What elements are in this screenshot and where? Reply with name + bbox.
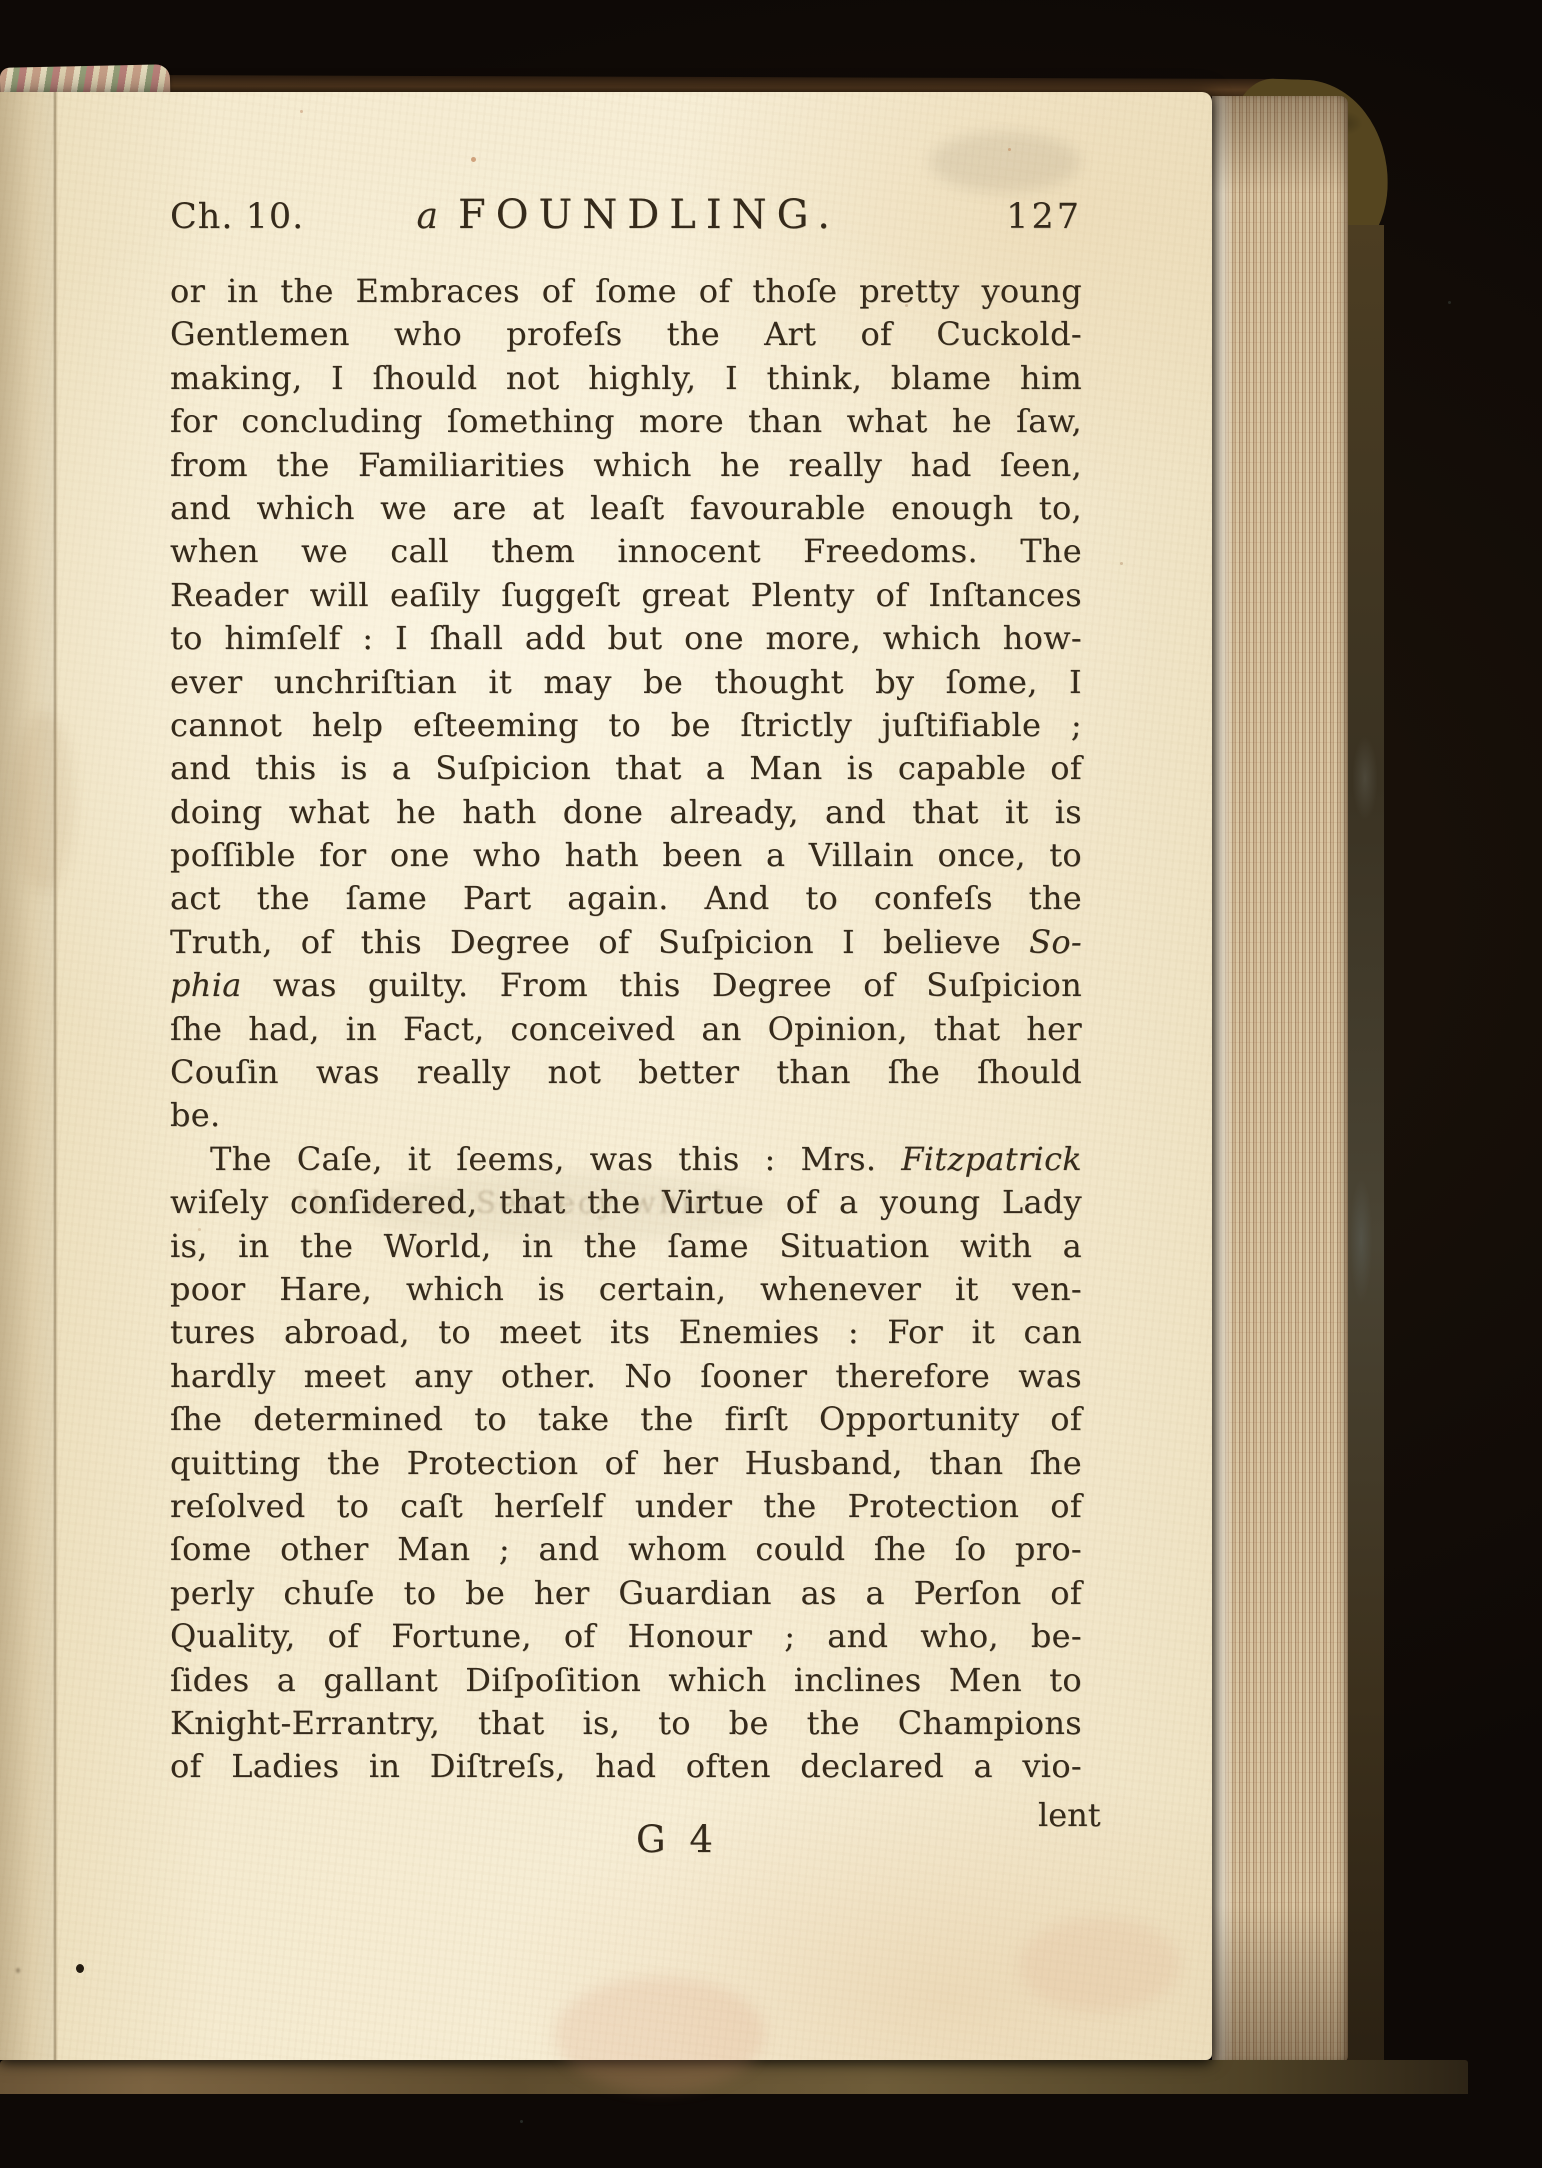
paper-stain <box>555 1977 765 2092</box>
text-segment: is, in the World, in the ſame Situation … <box>170 1227 1082 1265</box>
text-segment: and which we are at leaſt favourable eno… <box>170 489 1082 527</box>
text-line: ſhe determined to take the firſt Opportu… <box>170 1400 1082 1443</box>
text-segment: act the ſame Part again. And to confeſs … <box>170 879 1082 917</box>
text-line: ſome other Man ; and whom could ſhe ſo p… <box>170 1530 1082 1573</box>
running-title: a FOUNDLING. <box>417 192 840 238</box>
chapter-label: Ch. 10. <box>170 197 304 237</box>
text-line: tures abroad, to meet its Enemies : For … <box>170 1313 1082 1356</box>
text-line: poor Hare, which is certain, whenever it… <box>170 1270 1082 1313</box>
running-header: Ch. 10. a FOUNDLING. 127 <box>170 192 1082 246</box>
text-segment: be. <box>170 1096 221 1134</box>
text-segment: Couſin was really not better than ſhe ſh… <box>170 1053 1082 1091</box>
page-fore-edge-stack <box>1212 96 1348 2062</box>
text-segment: was guilty. From this Degree of Suſpicio… <box>242 966 1082 1004</box>
text-line: hardly meet any other. No ſooner therefo… <box>170 1357 1082 1400</box>
page-number: 127 <box>1006 197 1082 237</box>
ink-spot <box>76 1964 84 1973</box>
text-line: perly chuſe to be her Guardian as a Perſ… <box>170 1574 1082 1617</box>
catchword: lent <box>1038 1796 1101 1834</box>
text-line: for concluding ſomething more than what … <box>170 402 1082 445</box>
text-line: reſolved to caſt herſelf under the Prote… <box>170 1487 1082 1530</box>
text-line: is, in the World, in the ſame Situation … <box>170 1227 1082 1270</box>
text-segment: doing what he hath done already, and tha… <box>170 793 1082 831</box>
text-block: Ch. 10. a FOUNDLING. 127 or in the Embra… <box>170 192 1082 1791</box>
text-segment: or in the Embraces of ſome of thoſe pret… <box>170 272 1082 310</box>
paper-stain <box>1020 1917 1180 2012</box>
text-line: when we call them innocent Freedoms. The <box>170 532 1082 575</box>
text-segment: perly chuſe to be her Guardian as a Perſ… <box>170 1574 1082 1612</box>
book-page: the exact Secrecy which Ch. 10. a FOUNDL… <box>0 92 1212 2060</box>
text-line: ſides a gallant Diſpoſition which inclin… <box>170 1661 1082 1704</box>
italic-text-segment: Fitzpatrick <box>901 1140 1082 1178</box>
text-line: poſſible for one who hath been a Villain… <box>170 836 1082 879</box>
text-segment: Knight-Errantry, that is, to be the Cham… <box>170 1704 1082 1742</box>
text-segment: Quality, of Fortune, of Honour ; and who… <box>170 1617 1082 1655</box>
text-line: and which we are at leaſt favourable eno… <box>170 489 1082 532</box>
photo-background: the exact Secrecy which Ch. 10. a FOUNDL… <box>0 0 1542 2168</box>
text-segment: from the Familiarities which he really h… <box>170 446 1082 484</box>
text-line: from the Familiarities which he really h… <box>170 446 1082 489</box>
text-line: Truth, of this Degree of Suſpicion I bel… <box>170 923 1082 966</box>
text-line: Couſin was really not better than ſhe ſh… <box>170 1053 1082 1096</box>
text-segment: wiſely conſidered, that the Virtue of a … <box>170 1183 1082 1221</box>
text-segment: Gentlemen who profeſs the Art of Cuckold… <box>170 315 1082 353</box>
paper-stain <box>930 132 1080 192</box>
text-segment: for concluding ſomething more than what … <box>170 402 1082 440</box>
text-line: phia was guilty. From this Degree of Suſ… <box>170 966 1082 1009</box>
text-line: or in the Embraces of ſome of thoſe pret… <box>170 272 1082 315</box>
text-line: Quality, of Fortune, of Honour ; and who… <box>170 1617 1082 1660</box>
text-line: making, I ſhould not highly, I think, bl… <box>170 359 1082 402</box>
text-segment: of Ladies in Diſtreſs, had often declare… <box>170 1747 1082 1785</box>
text-segment: reſolved to caſt herſelf under the Prote… <box>170 1487 1082 1525</box>
running-title-main: FOUNDLING. <box>458 192 840 238</box>
text-segment: tures abroad, to meet its Enemies : For … <box>170 1313 1082 1351</box>
text-line: of Ladies in Diſtreſs, had often declare… <box>170 1747 1082 1790</box>
paper-specks <box>0 92 3 95</box>
text-line: wiſely conſidered, that the Virtue of a … <box>170 1183 1082 1226</box>
gutter-shadow <box>0 92 54 2060</box>
signature-mark: G 4 <box>636 1818 719 1861</box>
text-segment: quitting the Protection of her Husband, … <box>170 1444 1082 1482</box>
text-line: act the ſame Part again. And to confeſs … <box>170 879 1082 922</box>
text-line: ſhe had, in Fact, conceived an Opinion, … <box>170 1010 1082 1053</box>
text-segment: ſhe determined to take the firſt Opportu… <box>170 1400 1082 1438</box>
text-segment: Truth, of this Degree of Suſpicion I bel… <box>170 923 1029 961</box>
text-segment: ſhe had, in Fact, conceived an Opinion, … <box>170 1010 1082 1048</box>
paper-stain <box>14 712 74 892</box>
text-segment: and this is a Suſpicion that a Man is ca… <box>170 749 1082 787</box>
text-segment: poſſible for one who hath been a Villain… <box>170 836 1082 874</box>
text-segment: ſides a gallant Diſpoſition which inclin… <box>170 1661 1082 1699</box>
text-line: Reader will eaſily ſuggeſt great Plenty … <box>170 576 1082 619</box>
text-segment: ſome other Man ; and whom could ſhe ſo p… <box>170 1530 1082 1568</box>
text-line: doing what he hath done already, and tha… <box>170 793 1082 836</box>
text-segment: hardly meet any other. No ſooner therefo… <box>170 1357 1082 1395</box>
text-segment: poor Hare, which is certain, whenever it… <box>170 1270 1082 1308</box>
gutter-fold-line <box>53 92 58 2060</box>
text-line: to himſelf : I ſhall add but one more, w… <box>170 619 1082 662</box>
dust-specks <box>0 0 3 3</box>
book-cover-right-edge <box>1346 225 1384 2070</box>
text-line: quitting the Protection of her Husband, … <box>170 1444 1082 1487</box>
text-segment: when we call them innocent Freedoms. The <box>170 532 1082 570</box>
text-segment: The Caſe, it ſeems, was this : Mrs. <box>210 1140 901 1178</box>
text-segment: to himſelf : I ſhall add but one more, w… <box>170 619 1082 657</box>
text-line: be. <box>170 1096 1082 1139</box>
text-segment: Reader will eaſily ſuggeſt great Plenty … <box>170 576 1082 614</box>
text-segment: ever unchriſtian it may be thought by ſo… <box>170 663 1082 701</box>
body-lines: or in the Embraces of ſome of thoſe pret… <box>170 272 1082 1791</box>
text-segment: making, I ſhould not highly, I think, bl… <box>170 359 1082 397</box>
text-line: ever unchriſtian it may be thought by ſo… <box>170 663 1082 706</box>
text-line: cannot help eſteeming to be ſtrictly juſ… <box>170 706 1082 749</box>
text-line: Gentlemen who profeſs the Art of Cuckold… <box>170 315 1082 358</box>
text-segment: cannot help eſteeming to be ſtrictly juſ… <box>170 706 1082 744</box>
running-title-article: a <box>417 196 438 237</box>
italic-text-segment: So- <box>1029 923 1082 961</box>
text-line: Knight-Errantry, that is, to be the Cham… <box>170 1704 1082 1747</box>
text-line: The Caſe, it ſeems, was this : Mrs. Fitz… <box>170 1140 1082 1183</box>
text-line: and this is a Suſpicion that a Man is ca… <box>170 749 1082 792</box>
italic-text-segment: phia <box>170 966 242 1004</box>
